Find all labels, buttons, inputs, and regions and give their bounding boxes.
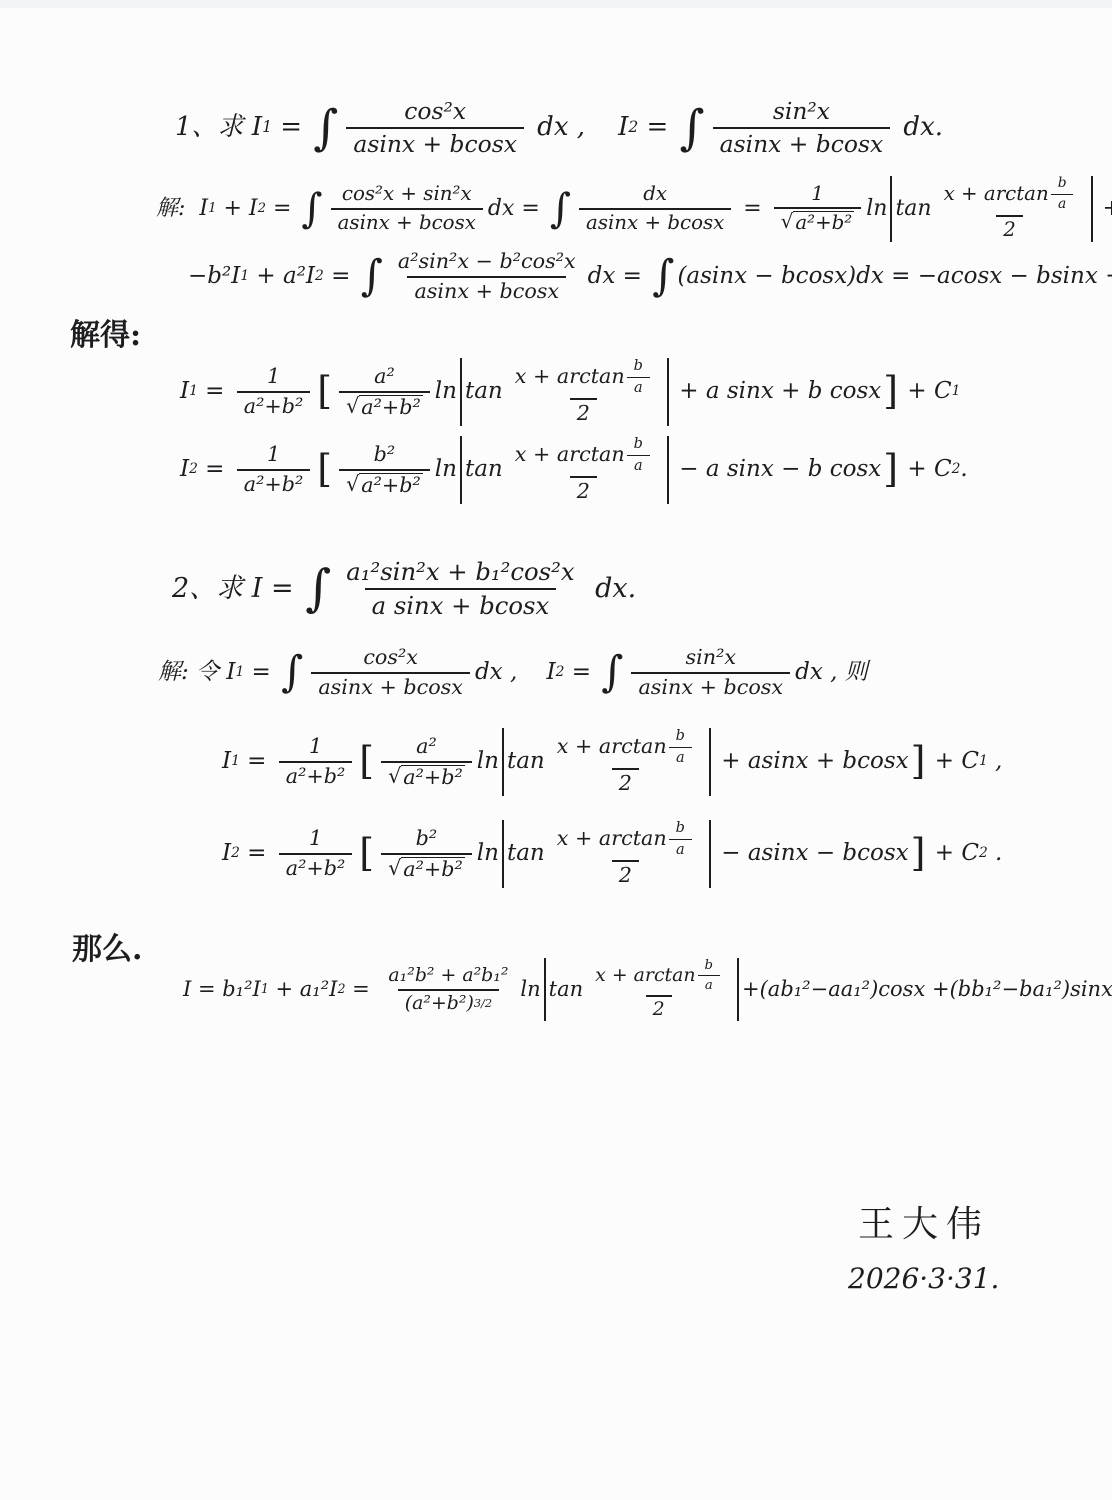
math-text: x + arctan xyxy=(515,443,625,467)
math-text: a²+b² xyxy=(244,473,304,497)
fraction-numerator: a₁²sin²x + b₁²cos²x xyxy=(339,558,581,588)
math-text: = xyxy=(638,112,676,143)
fraction: b²√a²+b² xyxy=(381,827,472,882)
math-text: (asinx − bcosx)dx = −acosx − bsinx + C xyxy=(677,263,1112,291)
math-text: 1 xyxy=(309,735,322,759)
fraction-numerator: a² xyxy=(367,365,402,391)
fraction-denominator: 2 xyxy=(570,476,597,504)
bracket: ] xyxy=(881,373,900,411)
math-text: 2、求 I = xyxy=(172,573,302,605)
fraction-numerator: b xyxy=(1051,176,1074,194)
math-text: + C xyxy=(927,748,979,776)
line-i1-result2: I1 = 1a²+b²[a²√a²+b²lntanx + arctanba2 +… xyxy=(222,728,1002,796)
fraction-numerator: a² xyxy=(409,735,444,761)
absolute-value-bar xyxy=(709,820,711,888)
fraction-denominator: √a²+b² xyxy=(774,207,862,235)
math-text: b xyxy=(676,728,685,745)
fraction-denominator: asinx + bcosx xyxy=(579,208,731,235)
math-text: sin²x xyxy=(773,98,830,125)
math-subscript: 1 xyxy=(952,385,961,399)
math-subscript: 2 xyxy=(628,120,638,136)
fraction-numerator: 1 xyxy=(260,365,287,391)
math-text: x + arctan xyxy=(595,965,695,987)
fraction-denominator: 2 xyxy=(612,768,639,796)
fraction-denominator: a xyxy=(627,377,650,397)
math-text: a xyxy=(1058,197,1066,213)
bracket: [ xyxy=(357,835,376,873)
fraction-denominator: 2 xyxy=(570,398,597,426)
math-subscript: 2 xyxy=(258,202,266,215)
math-text: asinx + bcosx xyxy=(338,212,476,235)
absolute-value-bar xyxy=(460,358,462,426)
math-text: 1 xyxy=(267,443,280,467)
math-text: b xyxy=(1058,176,1067,192)
fraction-denominator: a xyxy=(627,455,650,475)
math-text: a²+b² xyxy=(286,765,346,789)
fraction-numerator: b² xyxy=(367,443,403,469)
math-text: 2 xyxy=(577,402,590,426)
fraction: x + arctanba2 xyxy=(937,176,1083,242)
fraction: ba xyxy=(698,958,720,993)
fraction: ba xyxy=(627,358,650,396)
math-text: tan xyxy=(465,378,503,406)
math-text: , xyxy=(988,748,1003,776)
math-text: = xyxy=(198,456,232,484)
math-text: a²+b² xyxy=(403,765,463,789)
math-text: tan xyxy=(895,196,931,222)
signature-date: 2026·3·31. xyxy=(848,1262,999,1295)
math-text: = xyxy=(198,378,232,406)
math-text: + a sinx + b cosx xyxy=(672,378,881,406)
math-text: −b²I xyxy=(188,263,240,291)
fraction: x + arctanba2 xyxy=(550,820,701,888)
math-text: b xyxy=(705,958,713,973)
math-text: 1、求 I xyxy=(175,112,262,143)
math-text: dx. xyxy=(895,112,943,143)
math-subscript: 2 xyxy=(952,463,961,477)
math-text: a xyxy=(634,380,643,397)
math-text: ln xyxy=(435,378,457,406)
math-text: a₁²b² + a²b₁² xyxy=(388,965,508,987)
math-text: a²+b² xyxy=(403,857,463,881)
math-text: 1 xyxy=(811,183,824,206)
integral-sign: ∫ xyxy=(649,256,677,299)
line-i2-result2: I2 = 1a²+b²[b²√a²+b²lntanx + arctanba2 −… xyxy=(222,820,1002,888)
math-text: x + arctan xyxy=(557,827,667,851)
math-subscript: 2 xyxy=(189,463,198,477)
fraction-numerator: b xyxy=(669,820,692,839)
fraction-denominator: a xyxy=(669,747,692,767)
fraction: x + arctanba2 xyxy=(508,358,659,426)
math-text: ln xyxy=(435,456,457,484)
math-text: ln xyxy=(477,748,499,776)
fraction-denominator: a²+b² xyxy=(237,391,311,419)
math-text: = xyxy=(266,196,298,222)
math-subscript: 1 xyxy=(261,983,269,996)
line-final: I = b₁²I1 + a₁²I2 = a₁²b² + a²b₁²(a²+b²)… xyxy=(183,958,1112,1021)
fraction: ba xyxy=(669,728,692,766)
fraction-numerator: b² xyxy=(409,827,445,853)
math-text: I xyxy=(180,378,189,406)
integral-sign: ∫ xyxy=(598,652,626,695)
integral-sign: ∫ xyxy=(677,104,708,152)
math-text: x + arctan xyxy=(944,183,1049,206)
math-text: = xyxy=(324,263,358,291)
fraction: a₁²sin²x + b₁²cos²xa sinx + bcosx xyxy=(339,558,581,620)
absolute-value-bar xyxy=(1091,176,1093,242)
fraction: a²√a²+b² xyxy=(381,735,472,790)
fraction-denominator: a²+b² xyxy=(279,853,353,881)
fraction-denominator: asinx + bcosx xyxy=(331,208,483,235)
fraction: x + arctanba2 xyxy=(588,958,729,1021)
fraction-numerator: x + arctanba xyxy=(508,436,659,476)
sqrt-radical: √a²+b² xyxy=(346,473,423,498)
integral-sign: ∫ xyxy=(547,188,574,229)
absolute-value-bar xyxy=(544,958,546,1021)
math-text: 2 xyxy=(653,999,665,1021)
fraction: sin²xasinx + bcosx xyxy=(631,646,790,700)
bracket: [ xyxy=(357,743,376,781)
math-text: x + arctan xyxy=(557,735,667,759)
fraction-denominator: 2 xyxy=(996,215,1023,242)
fraction: ba xyxy=(1051,176,1074,213)
absolute-value-bar xyxy=(737,958,739,1021)
fraction-denominator: a sinx + bcosx xyxy=(365,588,557,620)
fraction-denominator: (a²+b²)3/2 xyxy=(398,989,499,1015)
math-text: I xyxy=(222,840,231,868)
fraction-numerator: 1 xyxy=(804,183,831,208)
math-subscript: 1 xyxy=(979,755,988,769)
math-text: dx. xyxy=(587,573,637,605)
math-text: asinx + bcosx xyxy=(318,676,463,700)
math-text: tan xyxy=(549,977,583,1002)
math-text: a² xyxy=(416,735,437,759)
fraction-numerator: x + arctanba xyxy=(588,958,729,995)
fraction: cos²xasinx + bcosx xyxy=(346,98,524,158)
fraction: 1a²+b² xyxy=(279,735,353,789)
fraction-denominator: 2 xyxy=(646,995,672,1021)
math-text: 2 xyxy=(1003,219,1016,242)
fraction-numerator: x + arctanba xyxy=(508,358,659,398)
fraction-numerator: 1 xyxy=(302,735,329,761)
math-text: + C xyxy=(1096,196,1112,222)
math-text: asinx + bcosx xyxy=(638,676,783,700)
math-text: cos²x xyxy=(404,98,466,125)
math-text: = xyxy=(345,977,376,1002)
math-text: + C xyxy=(900,456,952,484)
math-text: tan xyxy=(507,840,545,868)
math-text: − a sinx − b cosx xyxy=(672,456,881,484)
math-text: + asinx + bcosx xyxy=(714,748,909,776)
fraction: 1a²+b² xyxy=(279,827,353,881)
fraction: b²√a²+b² xyxy=(339,443,430,498)
math-text: 解: 令 I xyxy=(158,659,235,687)
fraction: x + arctanba2 xyxy=(550,728,701,796)
math-text: a²+b² xyxy=(361,395,421,419)
fraction-numerator: b xyxy=(627,436,650,455)
math-text: + a₁²I xyxy=(269,977,338,1002)
line-problem1: 1、求 I1 = ∫cos²xasinx + bcosx dx , I2 = ∫… xyxy=(175,98,943,158)
math-superscript: 3/2 xyxy=(474,998,492,1009)
math-text: = xyxy=(272,112,310,143)
fraction-numerator: b xyxy=(669,728,692,747)
math-text: . xyxy=(988,840,1003,868)
math-text: 2 xyxy=(619,772,632,796)
math-text: (a²+b²) xyxy=(405,993,474,1015)
math-text: b xyxy=(676,820,685,837)
math-text: dx = xyxy=(588,263,650,291)
sqrt-radical: √a²+b² xyxy=(781,211,855,235)
fraction: sin²xasinx + bcosx xyxy=(713,98,891,158)
fraction-denominator: a xyxy=(698,975,720,993)
fraction-denominator: 2 xyxy=(612,860,639,888)
fraction-denominator: a²+b² xyxy=(237,469,311,497)
math-text: dx xyxy=(643,183,667,206)
math-text: = xyxy=(244,659,278,687)
math-text: a xyxy=(705,978,713,993)
math-text: a²+b² xyxy=(361,473,421,497)
math-text: asinx + bcosx xyxy=(353,131,517,158)
line-problem2: 2、求 I = ∫a₁²sin²x + b₁²cos²xa sinx + bco… xyxy=(172,558,636,620)
bracket: [ xyxy=(315,373,334,411)
math-text: ln xyxy=(520,977,540,1002)
signature-name: 王大伟 xyxy=(858,1196,990,1247)
line-solve1b: −b²I1 + a²I2 = ∫a²sin²x − b²cos²xasinx +… xyxy=(188,250,1112,304)
math-text: a² xyxy=(374,365,395,389)
absolute-value-bar xyxy=(667,358,669,426)
math-text: tan xyxy=(465,456,503,484)
fraction-numerator: b xyxy=(698,958,720,975)
fraction: ba xyxy=(669,820,692,858)
fraction-denominator: √a²+b² xyxy=(339,391,430,420)
math-text: cos²x xyxy=(363,646,418,670)
math-subscript: 1 xyxy=(208,202,216,215)
line-jiede: 解得: xyxy=(70,318,141,354)
fraction-numerator: sin²x xyxy=(679,646,744,672)
absolute-value-bar xyxy=(890,176,892,242)
math-text: + a²I xyxy=(249,263,315,291)
math-text: a sinx + bcosx xyxy=(372,592,550,620)
absolute-value-bar xyxy=(460,436,462,504)
math-text: = xyxy=(736,196,768,222)
math-text: + C xyxy=(900,378,952,406)
math-text: tan xyxy=(507,748,545,776)
math-subscript: 1 xyxy=(235,666,244,680)
absolute-value-bar xyxy=(667,436,669,504)
math-subscript: 1 xyxy=(240,270,249,284)
bracket: [ xyxy=(315,451,334,489)
math-text: b² xyxy=(374,443,396,467)
integral-sign: ∫ xyxy=(358,256,386,299)
fraction-numerator: x + arctanba xyxy=(550,728,701,768)
fraction-denominator: a xyxy=(1051,194,1073,213)
math-subscript: 1 xyxy=(231,755,240,769)
math-text: ln xyxy=(866,196,887,222)
math-text: 那么. xyxy=(72,932,142,968)
fraction-numerator: 1 xyxy=(260,443,287,469)
math-text: 解得: xyxy=(70,318,141,354)
math-text: x + arctan xyxy=(515,365,625,389)
math-text: + I xyxy=(216,196,257,222)
math-text: 1 xyxy=(267,365,280,389)
math-text: a xyxy=(634,458,643,475)
math-subscript: 2 xyxy=(337,983,345,996)
math-subscript: 1 xyxy=(189,385,198,399)
math-text: dx , I xyxy=(529,112,628,143)
math-text: a²+b² xyxy=(244,395,304,419)
math-text: cos²x + sin²x xyxy=(342,183,472,206)
handwritten-math-page: 1、求 I1 = ∫cos²xasinx + bcosx dx , I2 = ∫… xyxy=(0,0,1112,1500)
absolute-value-bar xyxy=(502,728,504,796)
fraction: 1a²+b² xyxy=(237,443,311,497)
sqrt-radical: √a²+b² xyxy=(388,765,465,790)
math-text: a xyxy=(676,842,685,859)
fraction-numerator: a₁²b² + a²b₁² xyxy=(381,965,515,989)
math-text: = xyxy=(564,659,598,687)
math-text: = xyxy=(240,840,274,868)
sqrt-radical: √a²+b² xyxy=(388,857,465,882)
integral-sign: ∫ xyxy=(298,188,325,229)
math-text: asinx + bcosx xyxy=(414,280,559,304)
line-i1-result: I1 = 1a²+b²[a²√a²+b²lntanx + arctanba2 +… xyxy=(180,358,960,426)
fraction: ba xyxy=(627,436,650,474)
fraction: a²sin²x − b²cos²xasinx + bcosx xyxy=(391,250,583,304)
fraction-denominator: asinx + bcosx xyxy=(407,276,566,304)
sqrt-radical: √a²+b² xyxy=(346,395,423,420)
math-text: b xyxy=(634,436,643,453)
fraction: dxasinx + bcosx xyxy=(579,183,731,235)
math-text: 2 xyxy=(619,864,632,888)
line-solve1a: 解: I1 + I2 = ∫cos²x + sin²xasinx + bcosx… xyxy=(156,176,1112,242)
fraction-numerator: x + arctanba xyxy=(937,176,1083,215)
math-text: a²sin²x − b²cos²x xyxy=(398,250,576,274)
math-text: sin²x xyxy=(686,646,737,670)
math-text: +(ab₁²−aa₁²)cosx +(bb₁²−ba₁²)sinx + C. xyxy=(742,977,1112,1002)
integral-sign: ∫ xyxy=(310,104,341,152)
math-text: b xyxy=(634,358,643,375)
fraction: cos²x + sin²xasinx + bcosx xyxy=(331,183,483,235)
math-text: dx , 则 xyxy=(795,659,868,687)
math-text: a xyxy=(676,750,685,767)
math-text: b² xyxy=(416,827,438,851)
fraction-numerator: sin²x xyxy=(766,98,837,127)
fraction-denominator: √a²+b² xyxy=(381,761,472,790)
fraction-numerator: cos²x + sin²x xyxy=(335,183,479,208)
math-text: 1 xyxy=(309,827,322,851)
line-solve2: 解: 令 I1 = ∫cos²xasinx + bcosxdx , I2 = ∫… xyxy=(158,646,868,700)
math-subscript: 2 xyxy=(979,847,988,861)
fraction-denominator: asinx + bcosx xyxy=(713,127,891,158)
bracket: ] xyxy=(881,451,900,489)
fraction-denominator: asinx + bcosx xyxy=(631,672,790,700)
fraction-denominator: a xyxy=(669,839,692,859)
fraction-numerator: dx xyxy=(636,183,674,208)
integral-sign: ∫ xyxy=(278,652,306,695)
fraction: 1√a²+b² xyxy=(774,183,862,236)
math-text: 解: I xyxy=(156,196,208,222)
bracket: ] xyxy=(909,743,928,781)
fraction: a²√a²+b² xyxy=(339,365,430,420)
fraction-numerator: b xyxy=(627,358,650,377)
math-text: a₁²sin²x + b₁²cos²x xyxy=(346,558,574,586)
math-text: asinx + bcosx xyxy=(720,131,884,158)
math-text: dx , I xyxy=(475,659,556,687)
math-text: asinx + bcosx xyxy=(586,212,724,235)
line-i2-result: I2 = 1a²+b²[b²√a²+b²lntanx + arctanba2 −… xyxy=(180,436,968,504)
fraction-denominator: asinx + bcosx xyxy=(311,672,470,700)
math-text: I = b₁²I xyxy=(183,977,261,1002)
fraction-numerator: 1 xyxy=(302,827,329,853)
fraction-denominator: √a²+b² xyxy=(381,853,472,882)
math-text: = xyxy=(240,748,274,776)
math-text: − asinx − bcosx xyxy=(714,840,909,868)
integral-sign: ∫ xyxy=(302,564,334,614)
fraction-denominator: a²+b² xyxy=(279,761,353,789)
fraction-numerator: cos²x xyxy=(397,98,473,127)
math-text: + C xyxy=(927,840,979,868)
absolute-value-bar xyxy=(502,820,504,888)
fraction-denominator: asinx + bcosx xyxy=(346,127,524,158)
math-text: a²+b² xyxy=(286,857,346,881)
math-text: . xyxy=(960,456,967,484)
fraction: x + arctanba2 xyxy=(508,436,659,504)
math-text: 2 xyxy=(577,480,590,504)
fraction-numerator: cos²x xyxy=(356,646,425,672)
line-name2: 那么. xyxy=(72,932,142,968)
math-subscript: 2 xyxy=(231,847,240,861)
fraction-numerator: a²sin²x − b²cos²x xyxy=(391,250,583,276)
math-text: a²+b² xyxy=(795,211,852,234)
bracket: ] xyxy=(909,835,928,873)
math-text: I xyxy=(222,748,231,776)
fraction-denominator: √a²+b² xyxy=(339,469,430,498)
fraction: a₁²b² + a²b₁²(a²+b²)3/2 xyxy=(381,965,515,1014)
math-subscript: 2 xyxy=(315,270,324,284)
fraction: cos²xasinx + bcosx xyxy=(311,646,470,700)
math-subscript: 1 xyxy=(262,120,272,136)
fraction: 1a²+b² xyxy=(237,365,311,419)
math-text: I xyxy=(180,456,189,484)
absolute-value-bar xyxy=(709,728,711,796)
math-text: ln xyxy=(477,840,499,868)
fraction-numerator: x + arctanba xyxy=(550,820,701,860)
math-text: dx = xyxy=(488,196,547,222)
math-subscript: 2 xyxy=(556,666,565,680)
